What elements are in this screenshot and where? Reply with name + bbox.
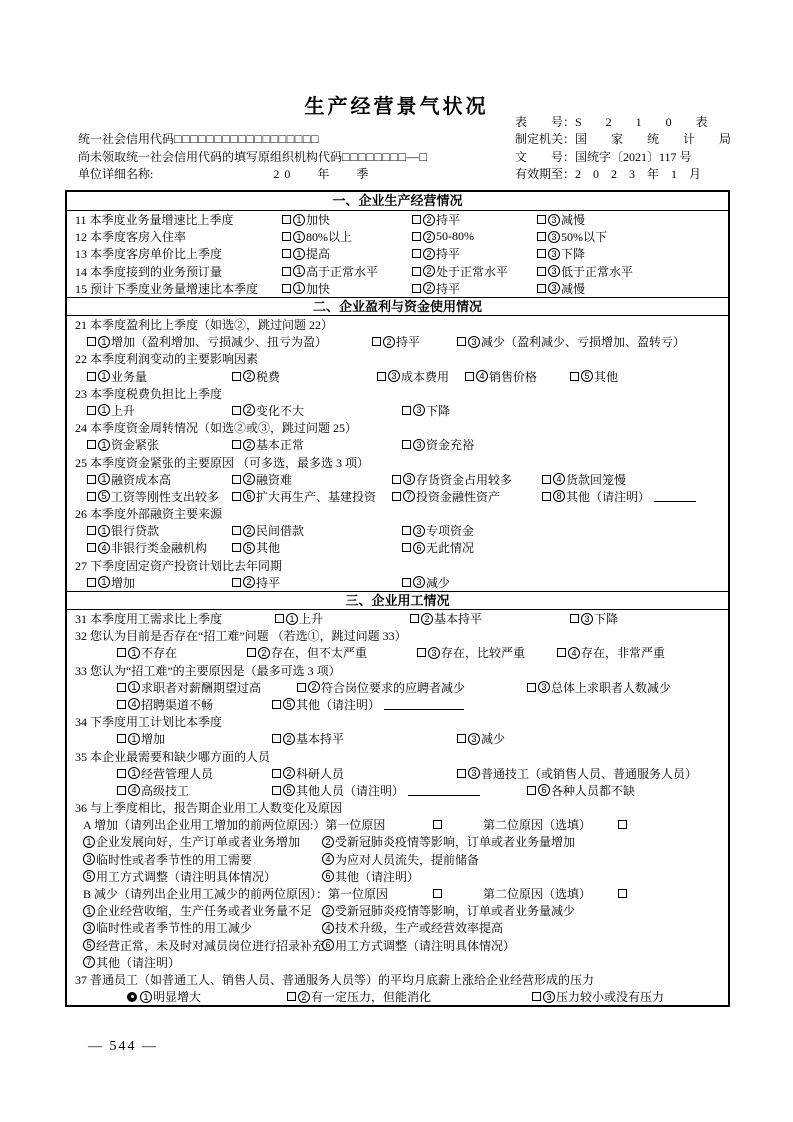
form-row: 37 普通员工（如普通工人、销售人员、普通服务人员等）的平均月底薪上涨给企业经营… <box>67 971 728 988</box>
circled-number: 5 <box>243 542 255 554</box>
checkbox-option[interactable]: 4招聘渠道不畅 <box>117 696 272 713</box>
checkbox-option[interactable]: 1上升 <box>275 610 410 627</box>
reason-item: 3临时性或者季节性的用工减少 <box>83 919 322 936</box>
reason-label: 用工方式调整（请注明具体情况） <box>96 868 276 885</box>
circled-number: 2 <box>423 282 435 294</box>
option-label: 非银行类金融机构 <box>111 539 207 556</box>
reason-item: 4为应对人员流失，提前储备 <box>322 851 479 868</box>
option-label: 资金充裕 <box>426 436 474 453</box>
checkbox-icon <box>117 786 126 795</box>
checkbox-icon <box>232 543 241 552</box>
question-label: 26 本季度外部融资主要来源 <box>75 505 222 522</box>
form-row: 1增加2持平3减少 <box>67 574 728 591</box>
circled-number: 1 <box>98 576 110 588</box>
option-label: 资金紧张 <box>111 436 159 453</box>
checkbox-option[interactable]: 1高于正常水平 <box>282 263 412 280</box>
checkbox-icon <box>402 406 411 415</box>
checkbox-icon <box>412 284 421 293</box>
circled-number: 2 <box>243 404 255 416</box>
form-row: 7其他（请注明） <box>67 954 728 971</box>
text-label: 第二位原因（选填） <box>483 885 618 902</box>
checkbox-icon <box>570 372 579 381</box>
circled-number: 3 <box>468 336 480 348</box>
circled-number: 2 <box>243 439 255 451</box>
option-label: 基本正常 <box>256 436 304 453</box>
reason-label: 临时性或者季节性的用工减少 <box>96 919 252 936</box>
checkbox-option[interactable]: 3普通技工（或销售人员、普通服务人员） <box>457 765 697 782</box>
checkbox-icon <box>117 700 126 709</box>
checkbox-option[interactable]: 3专项资金 <box>402 522 474 539</box>
checkbox-option[interactable]: 7投资金融性资产 <box>392 488 542 505</box>
checkbox-icon <box>287 992 296 1001</box>
circled-number: 2 <box>322 905 334 917</box>
option-label: 持平 <box>436 245 460 262</box>
checkbox-icon <box>433 889 442 898</box>
option-label: 低于正常水平 <box>561 263 633 280</box>
checkbox-icon <box>297 683 306 692</box>
checkbox-icon <box>537 284 546 293</box>
reason-item: 5经营正常，未及时对减员岗位进行招录补充 <box>83 937 322 954</box>
checkbox-option[interactable]: 2基本正常 <box>232 436 402 453</box>
reason-label: 受新冠肺炎疫情等影响，订单或者业务量增加 <box>335 833 575 850</box>
credit-code-label: 统一社会信用代码 <box>78 132 174 146</box>
checkbox-icon <box>527 683 536 692</box>
option-label: 普通技工（或销售人员、普通服务人员） <box>481 765 697 782</box>
form-row: 1明显增大2有一定压力，但能消化3压力较小或没有压力 <box>67 988 728 1005</box>
form-row: 5工资等刚性支出较多6扩大再生产、基建投资7投资金融性资产8其他（请注明） <box>67 488 728 505</box>
checkbox-icon <box>412 215 421 224</box>
checkbox-icon <box>402 578 411 587</box>
option-label: 高级技工 <box>141 782 189 799</box>
checkbox-icon <box>232 440 241 449</box>
form-row: 35 本企业最需要和缺少哪方面的人员 <box>67 747 728 764</box>
circled-number: 1 <box>98 525 110 537</box>
reason-item: 5用工方式调整（请注明具体情况） <box>83 868 322 885</box>
checkbox-icon <box>87 406 96 415</box>
checkbox-option[interactable]: 1增加 <box>87 574 232 591</box>
checkbox-option[interactable]: 6扩大再生产、基建投资 <box>232 488 392 505</box>
form-row: 36 与上季度相比，报告期企业用工人数变化及原因 <box>67 799 728 816</box>
form-page: 生产经营景气状况 统一社会信用代码□□□□□□□□□□□□□□□□□□ 尚未领取… <box>0 0 793 1122</box>
circled-number: 3 <box>548 282 560 294</box>
circled-number: 5 <box>83 939 95 951</box>
circled-number: 3 <box>83 922 95 934</box>
checkbox-icon <box>377 372 386 381</box>
circled-number: 3 <box>548 248 560 260</box>
circled-number: 1 <box>83 905 95 917</box>
checkbox-option[interactable]: 2税费 <box>232 368 377 385</box>
checkbox-icon <box>232 526 241 535</box>
checkbox-icon <box>87 337 96 346</box>
checkbox-icon <box>392 475 401 484</box>
checkbox-icon <box>618 889 627 898</box>
checkbox-option[interactable]: 4货款回笼慢 <box>542 471 626 488</box>
question-label: 15 预计下季度业务量增速比本季度 <box>75 280 282 297</box>
option-label: 其他 <box>594 368 618 385</box>
option-label: 80%以上 <box>306 228 352 245</box>
text-label: A 增加（请列出企业用工增加的前两位原因:）第一位原因 <box>83 816 433 833</box>
checkbox-option[interactable]: 1加快 <box>282 280 412 297</box>
table-number-line: 表 号：S 2 1 0 表 <box>515 114 731 131</box>
checkbox-option[interactable]: 3下降 <box>537 245 585 262</box>
checkbox-icon <box>412 267 421 276</box>
circled-number: 3 <box>428 647 440 659</box>
checkbox-icon <box>232 578 241 587</box>
form-row: 25 本季度资金紧张的主要原因 （可多选，最多选 3 项） <box>67 453 728 470</box>
checkbox-icon <box>542 475 551 484</box>
form-row: 14 本季度接到的业务预订量1高于正常水平2处于正常水平3低于正常水平 <box>67 263 728 280</box>
checkbox-option[interactable]: 2持平 <box>412 211 537 228</box>
circled-number: 2 <box>421 613 433 625</box>
form-row: 1业务量2税费3成本费用4销售价格5其他 <box>67 368 728 385</box>
reason-label: 企业经营收缩，生产任务或者业务量不足 <box>96 902 312 919</box>
checkbox-option[interactable]: 1业务量 <box>87 368 232 385</box>
org-code-label: 尚未领取统一社会信用代码的填写原组织机构代码 <box>78 150 342 164</box>
checkbox-option[interactable]: 3低于正常水平 <box>537 263 633 280</box>
option-label: 持平 <box>396 333 420 350</box>
circled-number: 2 <box>243 525 255 537</box>
reason-item: 6用工方式调整（请注明具体情况） <box>322 937 515 954</box>
checkbox-option[interactable]: 3存货资金占用较多 <box>392 471 542 488</box>
form-row: 1增加（盈利增加、亏损减少、扭亏为盈）2持平3减少（盈利减少、亏损增加、盈转亏） <box>67 333 728 350</box>
question-label: 21 本季度盈利比上季度（如选②，跳过问题 22） <box>75 316 333 333</box>
checkbox-icon <box>87 475 96 484</box>
reason-item: 2受新冠肺炎疫情等影响，订单或者业务量增加 <box>322 833 575 850</box>
checkbox-option[interactable]: 1增加 <box>117 730 272 747</box>
question-label: 23 本季度税费负担比上季度 <box>75 385 222 402</box>
option-label: 加快 <box>306 211 330 228</box>
circled-number: 2 <box>423 231 435 243</box>
checkbox-option[interactable]: 250-80% <box>412 229 537 244</box>
question-label: 14 本季度接到的业务预订量 <box>75 263 282 280</box>
checkbox-icon <box>282 284 291 293</box>
survey-table: 一、企业生产经营情况11 本季度业务量增速比上季度1加快2持平3减慢12 本季度… <box>65 190 730 1007</box>
reason-item: 2受新冠肺炎疫情等影响，订单或者业务量减少 <box>322 902 575 919</box>
credit-code-line: 统一社会信用代码□□□□□□□□□□□□□□□□□□ <box>78 131 427 149</box>
circled-number: 1 <box>98 473 110 485</box>
option-label: 成本费用 <box>401 368 449 385</box>
circled-number: 5 <box>98 490 110 502</box>
fill-in-blank[interactable] <box>408 785 480 796</box>
option-label: 增加 <box>111 574 135 591</box>
circled-number: 2 <box>383 336 395 348</box>
checkbox-option[interactable]: 4高级技工 <box>117 782 272 799</box>
form-row: 3临时性或者季节性的用工需要4为应对人员流失，提前储备 <box>67 851 728 868</box>
checkbox-option[interactable]: 1资金紧张 <box>87 436 232 453</box>
option-label: 投资金融性资产 <box>416 488 500 505</box>
circled-number: 1 <box>128 733 140 745</box>
checkbox-option[interactable]: 4销售价格 <box>465 368 570 385</box>
reason-item: 1企业经营收缩，生产任务或者业务量不足 <box>83 902 322 919</box>
form-row: 26 本季度外部融资主要来源 <box>67 505 728 522</box>
circled-number: 2 <box>423 248 435 260</box>
checkbox-option[interactable]: 2基本持平 <box>410 610 570 627</box>
checkbox-icon <box>87 492 96 501</box>
checkbox-option[interactable]: 180%以上 <box>282 228 412 245</box>
checkbox-option[interactable]: 3减少 <box>402 574 450 591</box>
checkbox-icon <box>232 406 241 415</box>
reason-item: 3临时性或者季节性的用工需要 <box>83 851 322 868</box>
option-label: 上升 <box>299 610 323 627</box>
option-label: 存在，但不太严重 <box>271 644 367 661</box>
checkbox-icon <box>392 492 401 501</box>
circled-number: 2 <box>298 991 310 1003</box>
checkbox-option[interactable]: 8其他（请注明） <box>542 488 696 505</box>
circled-number: 2 <box>243 370 255 382</box>
circled-number: 1 <box>128 647 140 659</box>
reason-item: 7其他（请注明） <box>83 954 180 971</box>
option-label: 扩大再生产、基建投资 <box>256 488 376 505</box>
checkbox-option[interactable]: 5工资等刚性支出较多 <box>87 488 232 505</box>
form-row: B 减少（请列出企业用工减少的前两位原因）：第一位原因第二位原因（选填） <box>67 885 728 902</box>
checkbox-option[interactable]: 4存在，非常严重 <box>557 644 665 661</box>
checkbox-option[interactable]: 2持平 <box>372 333 457 350</box>
checkbox-option[interactable]: 5其他（请注明） <box>272 696 464 713</box>
checkbox-option[interactable]: 2持平 <box>412 245 537 262</box>
checkbox-option[interactable]: 2处于正常水平 <box>412 263 537 280</box>
checkbox-icon <box>537 215 546 224</box>
circled-number: 1 <box>293 231 305 243</box>
checkbox-icon <box>282 267 291 276</box>
unit-name-line: 单位详细名称:2 0 年 季 <box>78 166 427 184</box>
reason-label: 其他（请注明） <box>335 868 419 885</box>
checkbox-option[interactable]: 2持平 <box>412 280 537 297</box>
checkbox-icon <box>402 526 411 535</box>
option-label: 减少（盈利减少、亏损增加、盈转亏） <box>481 333 685 350</box>
checkbox-icon <box>117 648 126 657</box>
option-label: 存在，比较严重 <box>441 644 525 661</box>
circled-number: 7 <box>403 490 415 502</box>
checkbox-icon <box>247 648 256 657</box>
document-number-line: 文 号：国统字〔2021〕117 号 <box>515 149 731 166</box>
answer-checkbox[interactable] <box>433 820 483 829</box>
option-label: 民间借款 <box>256 522 304 539</box>
checkbox-option[interactable]: 3减慢 <box>537 280 585 297</box>
form-section: 一、企业生产经营情况11 本季度业务量增速比上季度1加快2持平3减慢12 本季度… <box>67 192 728 297</box>
option-label: 业务量 <box>111 368 147 385</box>
option-label: 压力较小或没有压力 <box>556 988 664 1005</box>
circled-number: 5 <box>283 698 295 710</box>
checkbox-option[interactable]: 1经营管理人员 <box>117 765 272 782</box>
question-label: 11 本季度业务量增速比上季度 <box>75 211 282 228</box>
checkbox-option[interactable]: 3下降 <box>570 610 618 627</box>
checkbox-option[interactable]: 3压力较小或没有压力 <box>532 988 664 1005</box>
option-label: 有一定压力，但能消化 <box>311 988 431 1005</box>
circled-number: 1 <box>128 767 140 779</box>
checkbox-icon <box>570 614 579 623</box>
form-row: 23 本季度税费负担比上季度 <box>67 385 728 402</box>
circled-number: 3 <box>538 681 550 693</box>
checkbox-option[interactable]: 6无此情况 <box>402 539 474 556</box>
circled-number: 5 <box>581 370 593 382</box>
section-title: 一、企业生产经营情况 <box>67 192 728 211</box>
circled-number: 1 <box>293 248 305 260</box>
option-label: 减少 <box>426 574 450 591</box>
circled-number: 3 <box>413 404 425 416</box>
answer-checkbox[interactable] <box>433 889 483 898</box>
checkbox-option[interactable]: 2变化不大 <box>232 402 402 419</box>
circled-number: 1 <box>128 681 140 693</box>
checkbox-icon <box>87 440 96 449</box>
validity-line: 有效期至：2 0 2 3 年 1 月 <box>515 166 731 183</box>
checkbox-option[interactable]: 5其他 <box>232 539 402 556</box>
checkbox-icon <box>272 700 281 709</box>
form-row: 1不存在2存在，但不太严重3存在，比较严重4存在，非常严重 <box>67 644 728 661</box>
reason-item: 6其他（请注明） <box>322 868 419 885</box>
radio-option-selected[interactable]: 1明显增大 <box>127 988 287 1005</box>
checkbox-icon <box>272 734 281 743</box>
checkbox-option[interactable]: 1上升 <box>87 402 232 419</box>
checkbox-option[interactable]: 3存在，比较严重 <box>417 644 557 661</box>
form-row: 33 您认为“招工难”的主要原因是（最多可选 3 项） <box>67 662 728 679</box>
option-label: 处于正常水平 <box>436 263 508 280</box>
circled-number: 7 <box>83 956 95 968</box>
form-row: 1融资成本高2融资难3存货资金占用较多4货款回笼慢 <box>67 471 728 488</box>
form-row: 31 本季度用工需求比上季度1上升2基本持平3下降 <box>67 610 728 627</box>
option-label: 税费 <box>256 368 280 385</box>
question-label: 35 本企业最需要和缺少哪方面的人员 <box>75 748 270 765</box>
checkbox-option[interactable]: 3成本费用 <box>377 368 465 385</box>
circled-number: 2 <box>283 733 295 745</box>
question-label: 36 与上季度相比，报告期企业用工人数变化及原因 <box>75 799 342 816</box>
option-label: 明显增大 <box>153 988 201 1005</box>
org-code-boxes[interactable]: □□□□□□□□—□ <box>342 150 427 164</box>
checkbox-option[interactable]: 2科研人员 <box>272 765 457 782</box>
checkbox-icon <box>557 648 566 657</box>
option-label: 总体上求职者人数减少 <box>551 679 671 696</box>
option-label: 基本持平 <box>434 610 482 627</box>
option-label: 工资等刚性支出较多 <box>111 488 219 505</box>
checkbox-icon <box>117 734 126 743</box>
circled-number: 1 <box>293 265 305 277</box>
option-label: 基本持平 <box>296 730 344 747</box>
checkbox-icon <box>272 769 281 778</box>
checkbox-icon <box>532 992 541 1001</box>
checkbox-option[interactable]: 5其他 <box>570 368 618 385</box>
circled-number: 1 <box>98 370 110 382</box>
form-row: 13 本季度客房单价比上季度1提高2持平3下降 <box>67 245 728 262</box>
circled-number: 6 <box>538 784 550 796</box>
checkbox-option[interactable]: 2存在，但不太严重 <box>247 644 417 661</box>
circled-number: 1 <box>98 439 110 451</box>
option-label: 招聘渠道不畅 <box>141 696 213 713</box>
option-label: 减慢 <box>561 280 585 297</box>
checkbox-option[interactable]: 3下降 <box>402 402 450 419</box>
option-label: 其他 <box>256 539 280 556</box>
checkbox-icon <box>537 249 546 258</box>
checkbox-icon <box>272 786 281 795</box>
circled-number: 4 <box>553 473 565 485</box>
option-label: 其他人员（请注明） <box>296 782 404 799</box>
checkbox-option[interactable]: 1求职者对薪酬期望过高 <box>117 679 297 696</box>
section-title: 三、企业用工情况 <box>67 591 728 610</box>
checkbox-option[interactable]: 4非银行类金融机构 <box>87 539 232 556</box>
form-section: 三、企业用工情况31 本季度用工需求比上季度1上升2基本持平3下降32 您认为目… <box>67 591 728 1005</box>
checkbox-option[interactable]: 2持平 <box>232 574 402 591</box>
circled-number: 3 <box>83 853 95 865</box>
option-label: 下降 <box>561 245 585 262</box>
option-label: 下降 <box>426 402 450 419</box>
reason-label: 技术升级，生产或经营效率提高 <box>335 919 503 936</box>
option-label: 销售价格 <box>489 368 537 385</box>
checkbox-option[interactable]: 2民间借款 <box>232 522 402 539</box>
checkbox-option[interactable]: 5其他人员（请注明） <box>272 782 527 799</box>
circled-number: 4 <box>476 370 488 382</box>
circled-number: 3 <box>413 439 425 451</box>
fill-in-blank[interactable] <box>654 491 696 502</box>
form-row: A 增加（请列出企业用工增加的前两位原因:）第一位原因第二位原因（选填） <box>67 816 728 833</box>
checkbox-icon <box>457 337 466 346</box>
checkbox-option[interactable]: 3总体上求职者人数减少 <box>527 679 671 696</box>
form-row: 1增加2基本持平3减少 <box>67 730 728 747</box>
checkbox-option[interactable]: 2基本持平 <box>272 730 457 747</box>
option-label: 持平 <box>436 280 460 297</box>
fill-in-blank[interactable] <box>384 699 464 710</box>
checkbox-option[interactable]: 2有一定压力，但能消化 <box>287 988 532 1005</box>
option-label: 专项资金 <box>426 522 474 539</box>
option-label: 其他（请注明） <box>296 696 380 713</box>
circled-number: 5 <box>83 870 95 882</box>
circled-number: 3 <box>403 473 415 485</box>
radio-selected-icon <box>127 992 137 1002</box>
circled-number: 2 <box>322 836 334 848</box>
credit-code-boxes[interactable]: □□□□□□□□□□□□□□□□□□ <box>174 132 319 146</box>
checkbox-option[interactable]: 6各种人员都不缺 <box>527 782 635 799</box>
circled-number: 3 <box>548 231 560 243</box>
form-row: 5用工方式调整（请注明具体情况）6其他（请注明） <box>67 868 728 885</box>
checkbox-icon <box>457 734 466 743</box>
checkbox-icon <box>410 614 419 623</box>
checkbox-option[interactable]: 1加快 <box>282 211 412 228</box>
checkbox-icon <box>457 769 466 778</box>
checkbox-option[interactable]: 1提高 <box>282 245 412 262</box>
circled-number: 2 <box>243 576 255 588</box>
reason-label: 企业发展向好，生产订单或者业务增加 <box>96 833 300 850</box>
checkbox-option[interactable]: 2符合岗位要求的应聘者减少 <box>297 679 527 696</box>
circled-number: 1 <box>83 836 95 848</box>
checkbox-option[interactable]: 3减少（盈利减少、亏损增加、盈转亏） <box>457 333 685 350</box>
circled-number: 6 <box>322 870 334 882</box>
answer-checkbox[interactable] <box>618 820 629 829</box>
checkbox-option[interactable]: 1融资成本高 <box>87 471 232 488</box>
checkbox-icon <box>117 769 126 778</box>
checkbox-option[interactable]: 350%以下 <box>537 228 607 245</box>
checkbox-icon <box>402 440 411 449</box>
checkbox-option[interactable]: 1不存在 <box>117 644 247 661</box>
reason-label: 为应对人员流失，提前储备 <box>335 851 479 868</box>
option-label: 融资成本高 <box>111 471 171 488</box>
form-row: 34 下季度用工计划比本季度 <box>67 713 728 730</box>
question-label: 32 您认为目前是否存在“招工难”问题 （若选①，跳过问题 33） <box>75 627 407 644</box>
question-label: 34 下季度用工计划比本季度 <box>75 713 222 730</box>
checkbox-option[interactable]: 1增加（盈利增加、亏损减少、扭亏为盈） <box>87 333 372 350</box>
form-row: 1上升2变化不大3下降 <box>67 402 728 419</box>
checkbox-option[interactable]: 3减少 <box>457 730 505 747</box>
form-row: 22 本季度利润变动的主要影响因素 <box>67 350 728 367</box>
option-label: 无此情况 <box>426 539 474 556</box>
checkbox-option[interactable]: 3资金充裕 <box>402 436 474 453</box>
checkbox-option[interactable]: 2融资难 <box>232 471 392 488</box>
meta-left: 统一社会信用代码□□□□□□□□□□□□□□□□□□ 尚未领取统一社会信用代码的… <box>78 131 427 184</box>
circled-number: 3 <box>388 370 400 382</box>
checkbox-option[interactable]: 3减慢 <box>537 211 585 228</box>
form-row: 24 本季度资金周转情况（如选②或③，跳过问题 25） <box>67 419 728 436</box>
checkbox-option[interactable]: 1银行贷款 <box>87 522 232 539</box>
form-row: 1求职者对薪酬期望过高2符合岗位要求的应聘者减少3总体上求职者人数减少 <box>67 679 728 696</box>
form-row: 1经营管理人员2科研人员3普通技工（或销售人员、普通服务人员） <box>67 765 728 782</box>
year-quarter-fill[interactable]: 2 0 年 季 <box>273 167 369 181</box>
answer-checkbox[interactable] <box>618 889 629 898</box>
